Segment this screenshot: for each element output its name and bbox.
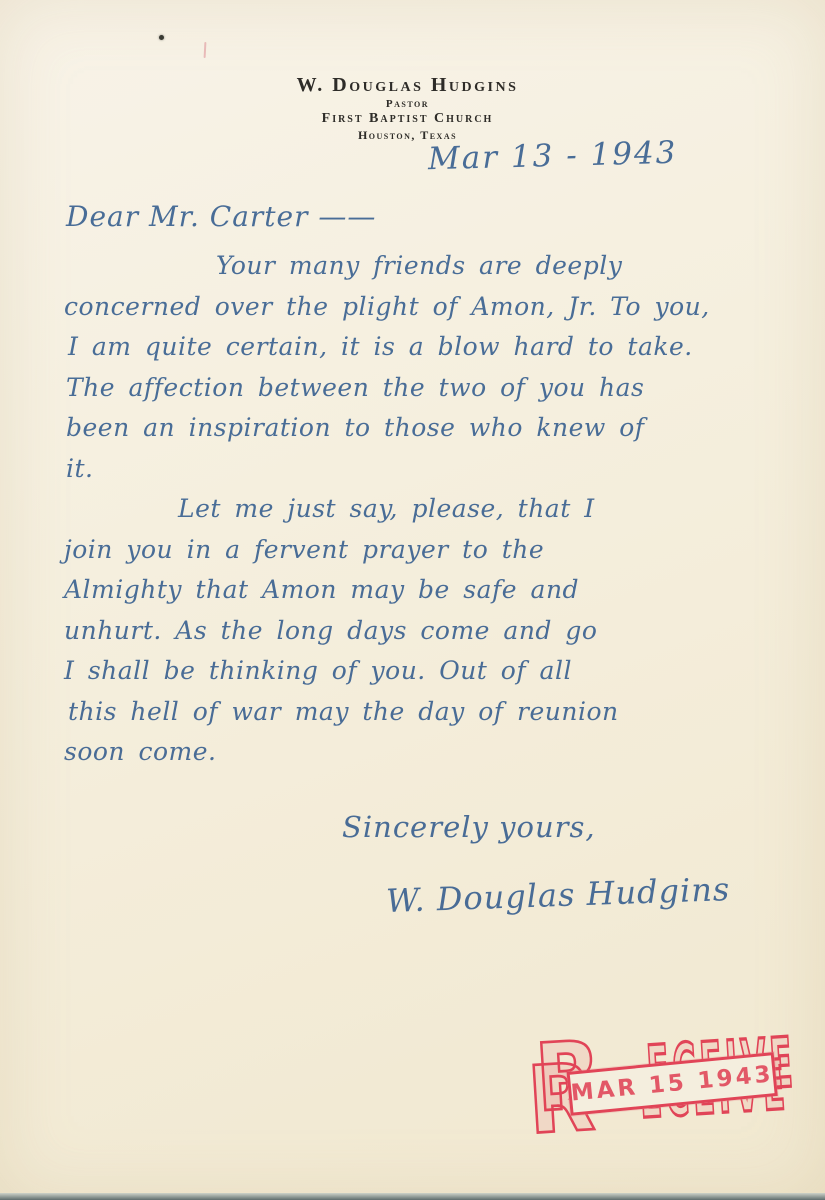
handwritten-line: soon come. xyxy=(64,732,780,773)
handwritten-line: Let me just say, please, that I xyxy=(178,489,780,530)
letter-date: Mar 13 - 1943 xyxy=(428,135,678,178)
letter-body: Your many friends are deeply concerned o… xyxy=(64,246,780,773)
letterhead: W. Douglas Hudgins Pastor First Baptist … xyxy=(0,74,815,143)
handwritten-line: concerned over the plight of Amon, Jr. T… xyxy=(64,287,780,328)
letterhead-location: Houston, Texas xyxy=(0,128,815,143)
handwritten-line: Almighty that Amon may be safe and xyxy=(64,570,780,611)
scan-edge xyxy=(0,1193,825,1200)
handwritten-line: this hell of war may the day of reunion xyxy=(68,692,780,733)
letterhead-title: Pastor xyxy=(0,98,815,110)
letterhead-organization: First Baptist Church xyxy=(0,111,815,127)
handwritten-line: join you in a fervent prayer to the xyxy=(64,530,780,571)
paper-mark xyxy=(204,42,207,58)
closing-line: Sincerely yours, xyxy=(342,810,596,844)
handwritten-line: Your many friends are deeply xyxy=(216,246,780,287)
paper-speck xyxy=(159,35,164,40)
signature: W. Douglas Hudgins xyxy=(385,870,730,920)
handwritten-line: I shall be thinking of you. Out of all xyxy=(64,651,780,692)
handwritten-line: The affection between the two of you has xyxy=(66,368,780,409)
handwritten-line: it. xyxy=(66,449,780,490)
handwritten-line: unhurt. As the long days come and go xyxy=(64,611,780,652)
received-stamp: R ECEIVE D R ECEIVE D MAR 15 1943 xyxy=(533,1016,809,1146)
handwritten-line: been an inspiration to those who knew of xyxy=(66,408,780,449)
salutation: Dear Mr. Carter —— xyxy=(66,200,376,233)
handwritten-line: I am quite certain, it is a blow hard to… xyxy=(68,327,780,368)
letterhead-name: W. Douglas Hudgins xyxy=(0,74,815,97)
scanned-letter-page: W. Douglas Hudgins Pastor First Baptist … xyxy=(0,0,825,1200)
